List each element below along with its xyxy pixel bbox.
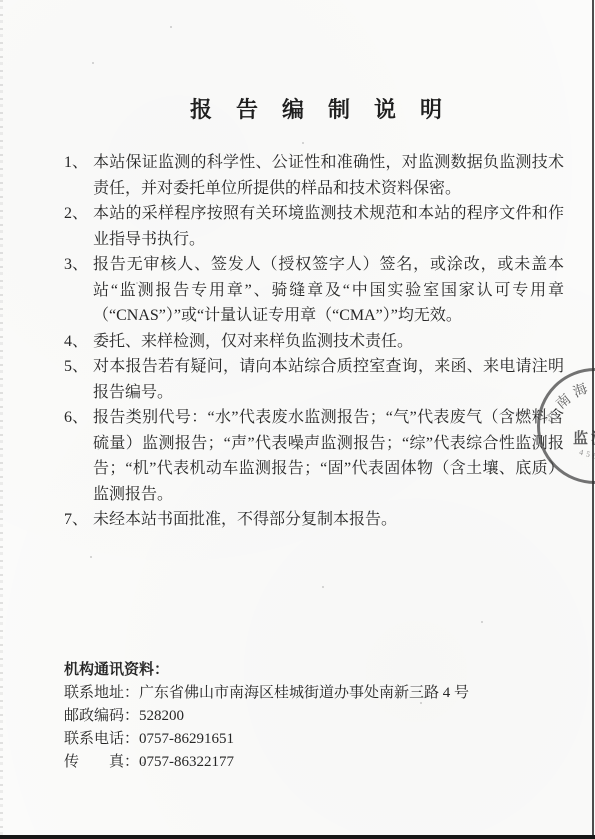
- scan-right-edge-line: [592, 0, 594, 836]
- item-text: 未经本站书面批准，不得部分复制本报告。: [93, 511, 397, 528]
- contact-row-phone: 联系电话：0757-86291651: [64, 728, 469, 751]
- scan-noise-dot: [136, 282, 138, 284]
- contact-row-postcode: 邮政编码：528200: [64, 705, 469, 728]
- scan-noise-dot: [90, 556, 92, 558]
- item-text: 报告类别代号：“水”代表废水监测报告；“气”代表废气（含燃料含硫量）监测报告；“…: [93, 409, 564, 503]
- page-title: 报告编制说明: [190, 93, 466, 124]
- item-text: 对本报告若有疑问，请向本站综合质控室查询，来函、来电请注明报告编号。: [93, 358, 564, 401]
- item-number: 2、: [64, 201, 88, 227]
- contact-label: 联系电话：: [64, 728, 139, 751]
- list-item: 2、本站的采样程序按照有关环境监测技术规范和本站的程序文件和作业指导书执行。: [64, 201, 564, 252]
- contact-label: 联系地址：: [64, 682, 139, 705]
- contact-row-fax: 传 真：0757-86322177: [64, 751, 469, 774]
- scan-noise-dot: [170, 26, 172, 28]
- scan-noise-dot: [142, 762, 144, 764]
- stamp-arc-char: 南: [551, 389, 575, 413]
- contact-value: 528200: [139, 705, 184, 728]
- item-text: 本站的采样程序按照有关环境监测技术规范和本站的程序文件和作业指导书执行。: [93, 205, 564, 248]
- item-text: 报告无审核人、签发人（授权签字人）签名，或涂改，或未盖本站“监测报告专用章”、骑…: [93, 256, 564, 324]
- item-text: 本站保证监测的科学性、公证性和准确性，对监测数据负监测技术责任，并对委托单位所提…: [93, 154, 564, 197]
- notes-list: 1、本站保证监测的科学性、公证性和准确性，对监测数据负监测技术责任，并对委托单位…: [64, 150, 564, 533]
- list-item: 4、委托、来样检测，仅对来样负监测技术责任。: [64, 329, 564, 355]
- item-text: 委托、来样检测，仅对来样负监测技术责任。: [93, 333, 413, 350]
- list-item: 6、报告类别代号：“水”代表废水监测报告；“气”代表废气（含燃料含硫量）监测报告…: [64, 405, 564, 507]
- list-item: 5、对本报告若有疑问，请向本站综合质控室查询，来函、来电请注明报告编号。: [64, 354, 564, 405]
- contact-value: 0757-86291651: [139, 728, 234, 751]
- list-item: 7、未经本站书面批准，不得部分复制本报告。: [64, 507, 564, 533]
- stamp-arc-char: 海: [570, 378, 591, 402]
- scan-noise-dot: [552, 212, 554, 214]
- item-number: 5、: [64, 354, 88, 380]
- item-number: 1、: [64, 150, 88, 176]
- contact-label: 传 真：: [64, 751, 139, 774]
- contact-info-block: 机构通讯资料： 联系地址：广东省佛山市南海区桂城街道办事处南新三路 4 号 邮政…: [64, 659, 469, 774]
- contact-value: 0757-86322177: [139, 751, 234, 774]
- scan-bottom-edge-band: [0, 835, 595, 839]
- stamp-arc-char: 市: [540, 407, 563, 428]
- list-item: 3、报告无审核人、签发人（授权签字人）签名，或涂改，或未盖本站“监测报告专用章”…: [64, 252, 564, 329]
- contact-row-address: 联系地址：广东省佛山市南海区桂城街道办事处南新三路 4 号: [64, 682, 469, 705]
- item-number: 6、: [64, 405, 88, 431]
- scanned-document-page: 报告编制说明 1、本站保证监测的科学性、公证性和准确性，对监测数据负监测技术责任…: [0, 0, 595, 839]
- scan-noise-dot: [302, 142, 304, 144]
- scan-noise-dot: [420, 702, 422, 704]
- list-item: 1、本站保证监测的科学性、公证性和准确性，对监测数据负监测技术责任，并对委托单位…: [64, 150, 564, 201]
- item-number: 7、: [64, 507, 88, 533]
- contact-heading: 机构通讯资料：: [64, 659, 469, 682]
- scan-noise-dot: [92, 62, 94, 64]
- scan-left-edge-noise: [0, 0, 3, 839]
- item-number: 4、: [64, 329, 88, 355]
- scan-noise-dot: [322, 586, 324, 588]
- scan-noise-dot: [481, 621, 483, 623]
- item-number: 3、: [64, 252, 88, 278]
- contact-label: 邮政编码：: [64, 705, 139, 728]
